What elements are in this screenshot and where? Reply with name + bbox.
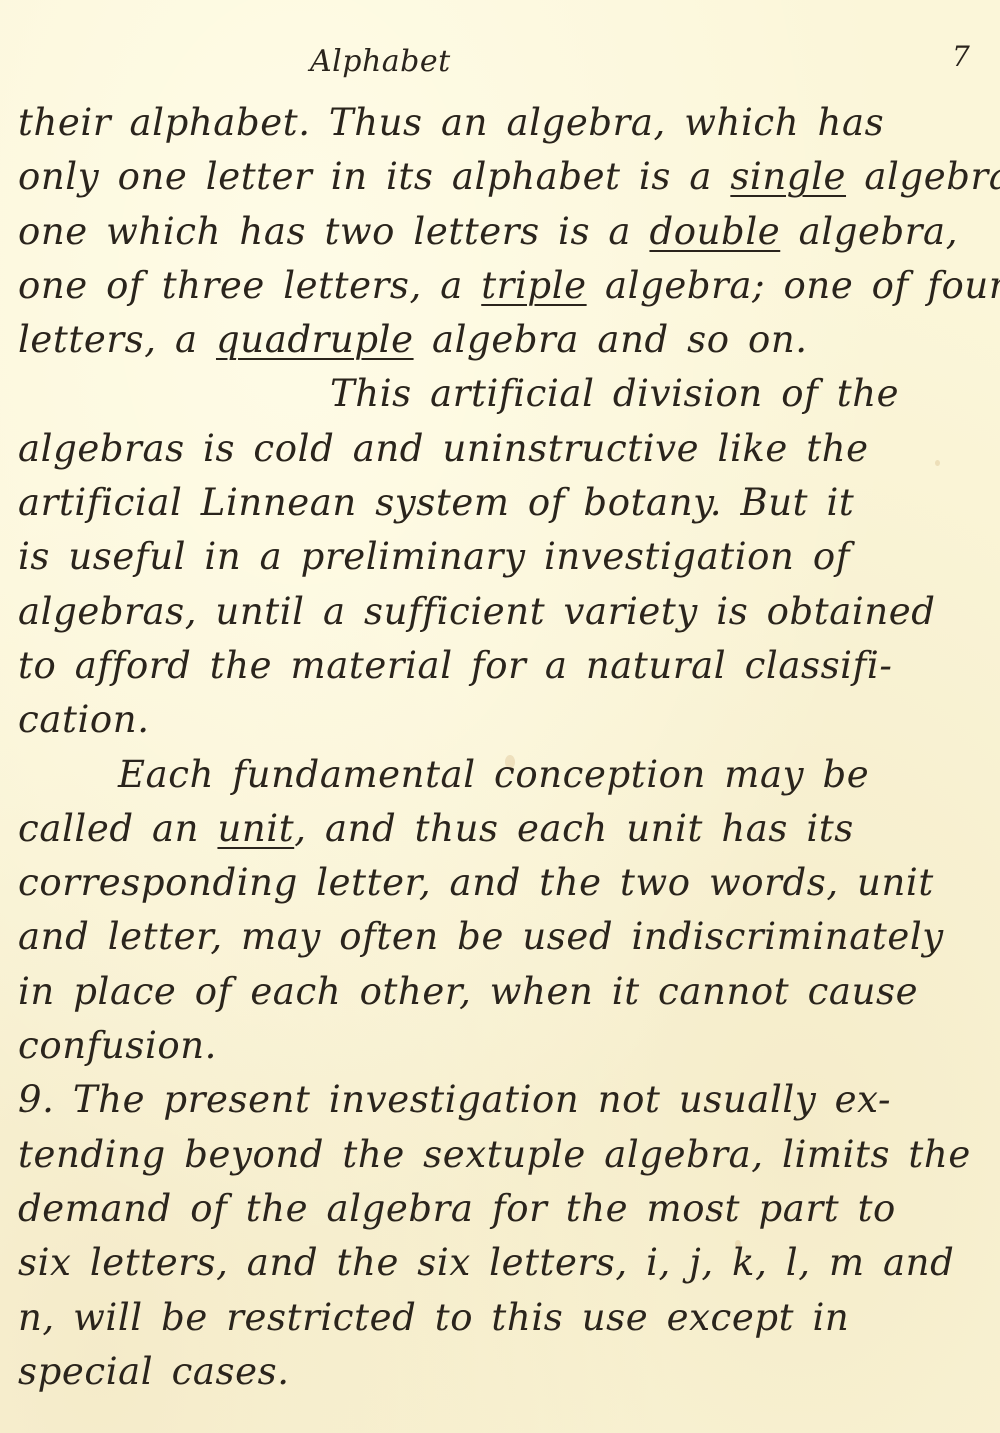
- text-line: algebras, until a sufficient variety is …: [18, 585, 983, 639]
- text-segment: tending beyond the sextuple algebra, lim…: [18, 1133, 971, 1176]
- text-segment: in place of each other, when it cannot c…: [18, 970, 918, 1013]
- text-segment: algebra,: [780, 210, 958, 253]
- handwritten-body: their alphabet. Thus an algebra, which h…: [18, 96, 983, 1399]
- text-segment: their alphabet. Thus an algebra, which h…: [18, 101, 884, 144]
- text-line: cation.: [18, 693, 983, 747]
- text-line: to afford the material for a natural cla…: [18, 639, 983, 693]
- text-line: their alphabet. Thus an algebra, which h…: [18, 96, 983, 150]
- page-header: Alphabet 7: [0, 38, 1000, 88]
- text-segment: 9. The present investigation not usually…: [18, 1078, 891, 1121]
- text-segment: demand of the algebra for the most part …: [18, 1187, 896, 1230]
- text-line: algebras is cold and uninstructive like …: [18, 422, 983, 476]
- text-line: Each fundamental conception may be: [18, 748, 983, 802]
- text-line: and letter, may often be used indiscrimi…: [18, 910, 983, 964]
- text-line: is useful in a preliminary investigation…: [18, 530, 983, 584]
- text-line: letters, a quadruple algebra and so on.: [18, 313, 983, 367]
- text-line: artificial Linnean system of botany. But…: [18, 476, 983, 530]
- underlined-term: unit: [217, 807, 294, 850]
- paragraph: Each fundamental conception may becalled…: [18, 748, 983, 1074]
- text-segment: algebra and so on.: [414, 318, 808, 361]
- text-segment: , and thus each unit has its: [294, 807, 854, 850]
- text-line: special cases.: [18, 1345, 983, 1399]
- text-segment: only one letter in its alphabet is a: [18, 155, 730, 198]
- text-line: six letters, and the six letters, i, j, …: [18, 1236, 983, 1290]
- text-line: demand of the algebra for the most part …: [18, 1182, 983, 1236]
- text-segment: algebra;: [846, 155, 1000, 198]
- text-segment: corresponding letter, and the two words,…: [18, 861, 934, 904]
- paragraph: their alphabet. Thus an algebra, which h…: [18, 96, 983, 367]
- underlined-term: single: [730, 155, 846, 198]
- text-segment: Each fundamental conception may be: [118, 753, 869, 796]
- running-title: Alphabet: [310, 44, 451, 79]
- text-segment: is useful in a preliminary investigation…: [18, 535, 850, 578]
- text-segment: six letters, and the six letters, i, j, …: [18, 1241, 954, 1284]
- text-segment: artificial Linnean system of botany. But…: [18, 481, 854, 524]
- text-line: in place of each other, when it cannot c…: [18, 965, 983, 1019]
- paragraph: 9. The present investigation not usually…: [18, 1073, 983, 1399]
- text-line: confusion.: [18, 1019, 983, 1073]
- text-segment: algebra; one of four: [587, 264, 1000, 307]
- text-segment: one of three letters, a: [18, 264, 481, 307]
- text-line: only one letter in its alphabet is a sin…: [18, 150, 983, 204]
- text-line: 9. The present investigation not usually…: [18, 1073, 983, 1127]
- text-segment: algebras, until a sufficient variety is …: [18, 590, 936, 633]
- text-segment: one which has two letters is a: [18, 210, 649, 253]
- text-segment: cation.: [18, 698, 150, 741]
- manuscript-page: Alphabet 7 their alphabet. Thus an algeb…: [0, 0, 1000, 1433]
- text-line: corresponding letter, and the two words,…: [18, 856, 983, 910]
- text-segment: and letter, may often be used indiscrimi…: [18, 915, 944, 958]
- underlined-term: quadruple: [216, 318, 414, 361]
- underlined-term: triple: [481, 264, 586, 307]
- text-segment: special cases.: [18, 1350, 290, 1393]
- text-line: This artificial division of the: [18, 367, 983, 421]
- text-segment: to afford the material for a natural cla…: [18, 644, 892, 687]
- text-line: tending beyond the sextuple algebra, lim…: [18, 1128, 983, 1182]
- underlined-term: double: [649, 210, 780, 253]
- text-line: n, will be restricted to this use except…: [18, 1291, 983, 1345]
- text-segment: confusion.: [18, 1024, 217, 1067]
- text-segment: This artificial division of the: [330, 372, 899, 415]
- text-segment: called an: [18, 807, 217, 850]
- page-number: 7: [952, 40, 970, 73]
- paragraph: This artificial division of thealgebras …: [18, 367, 983, 747]
- text-segment: n, will be restricted to this use except…: [18, 1296, 849, 1339]
- text-line: one which has two letters is a double al…: [18, 205, 983, 259]
- text-segment: letters, a: [18, 318, 216, 361]
- text-line: one of three letters, a triple algebra; …: [18, 259, 983, 313]
- text-line: called an unit, and thus each unit has i…: [18, 802, 983, 856]
- text-segment: algebras is cold and uninstructive like …: [18, 427, 869, 470]
